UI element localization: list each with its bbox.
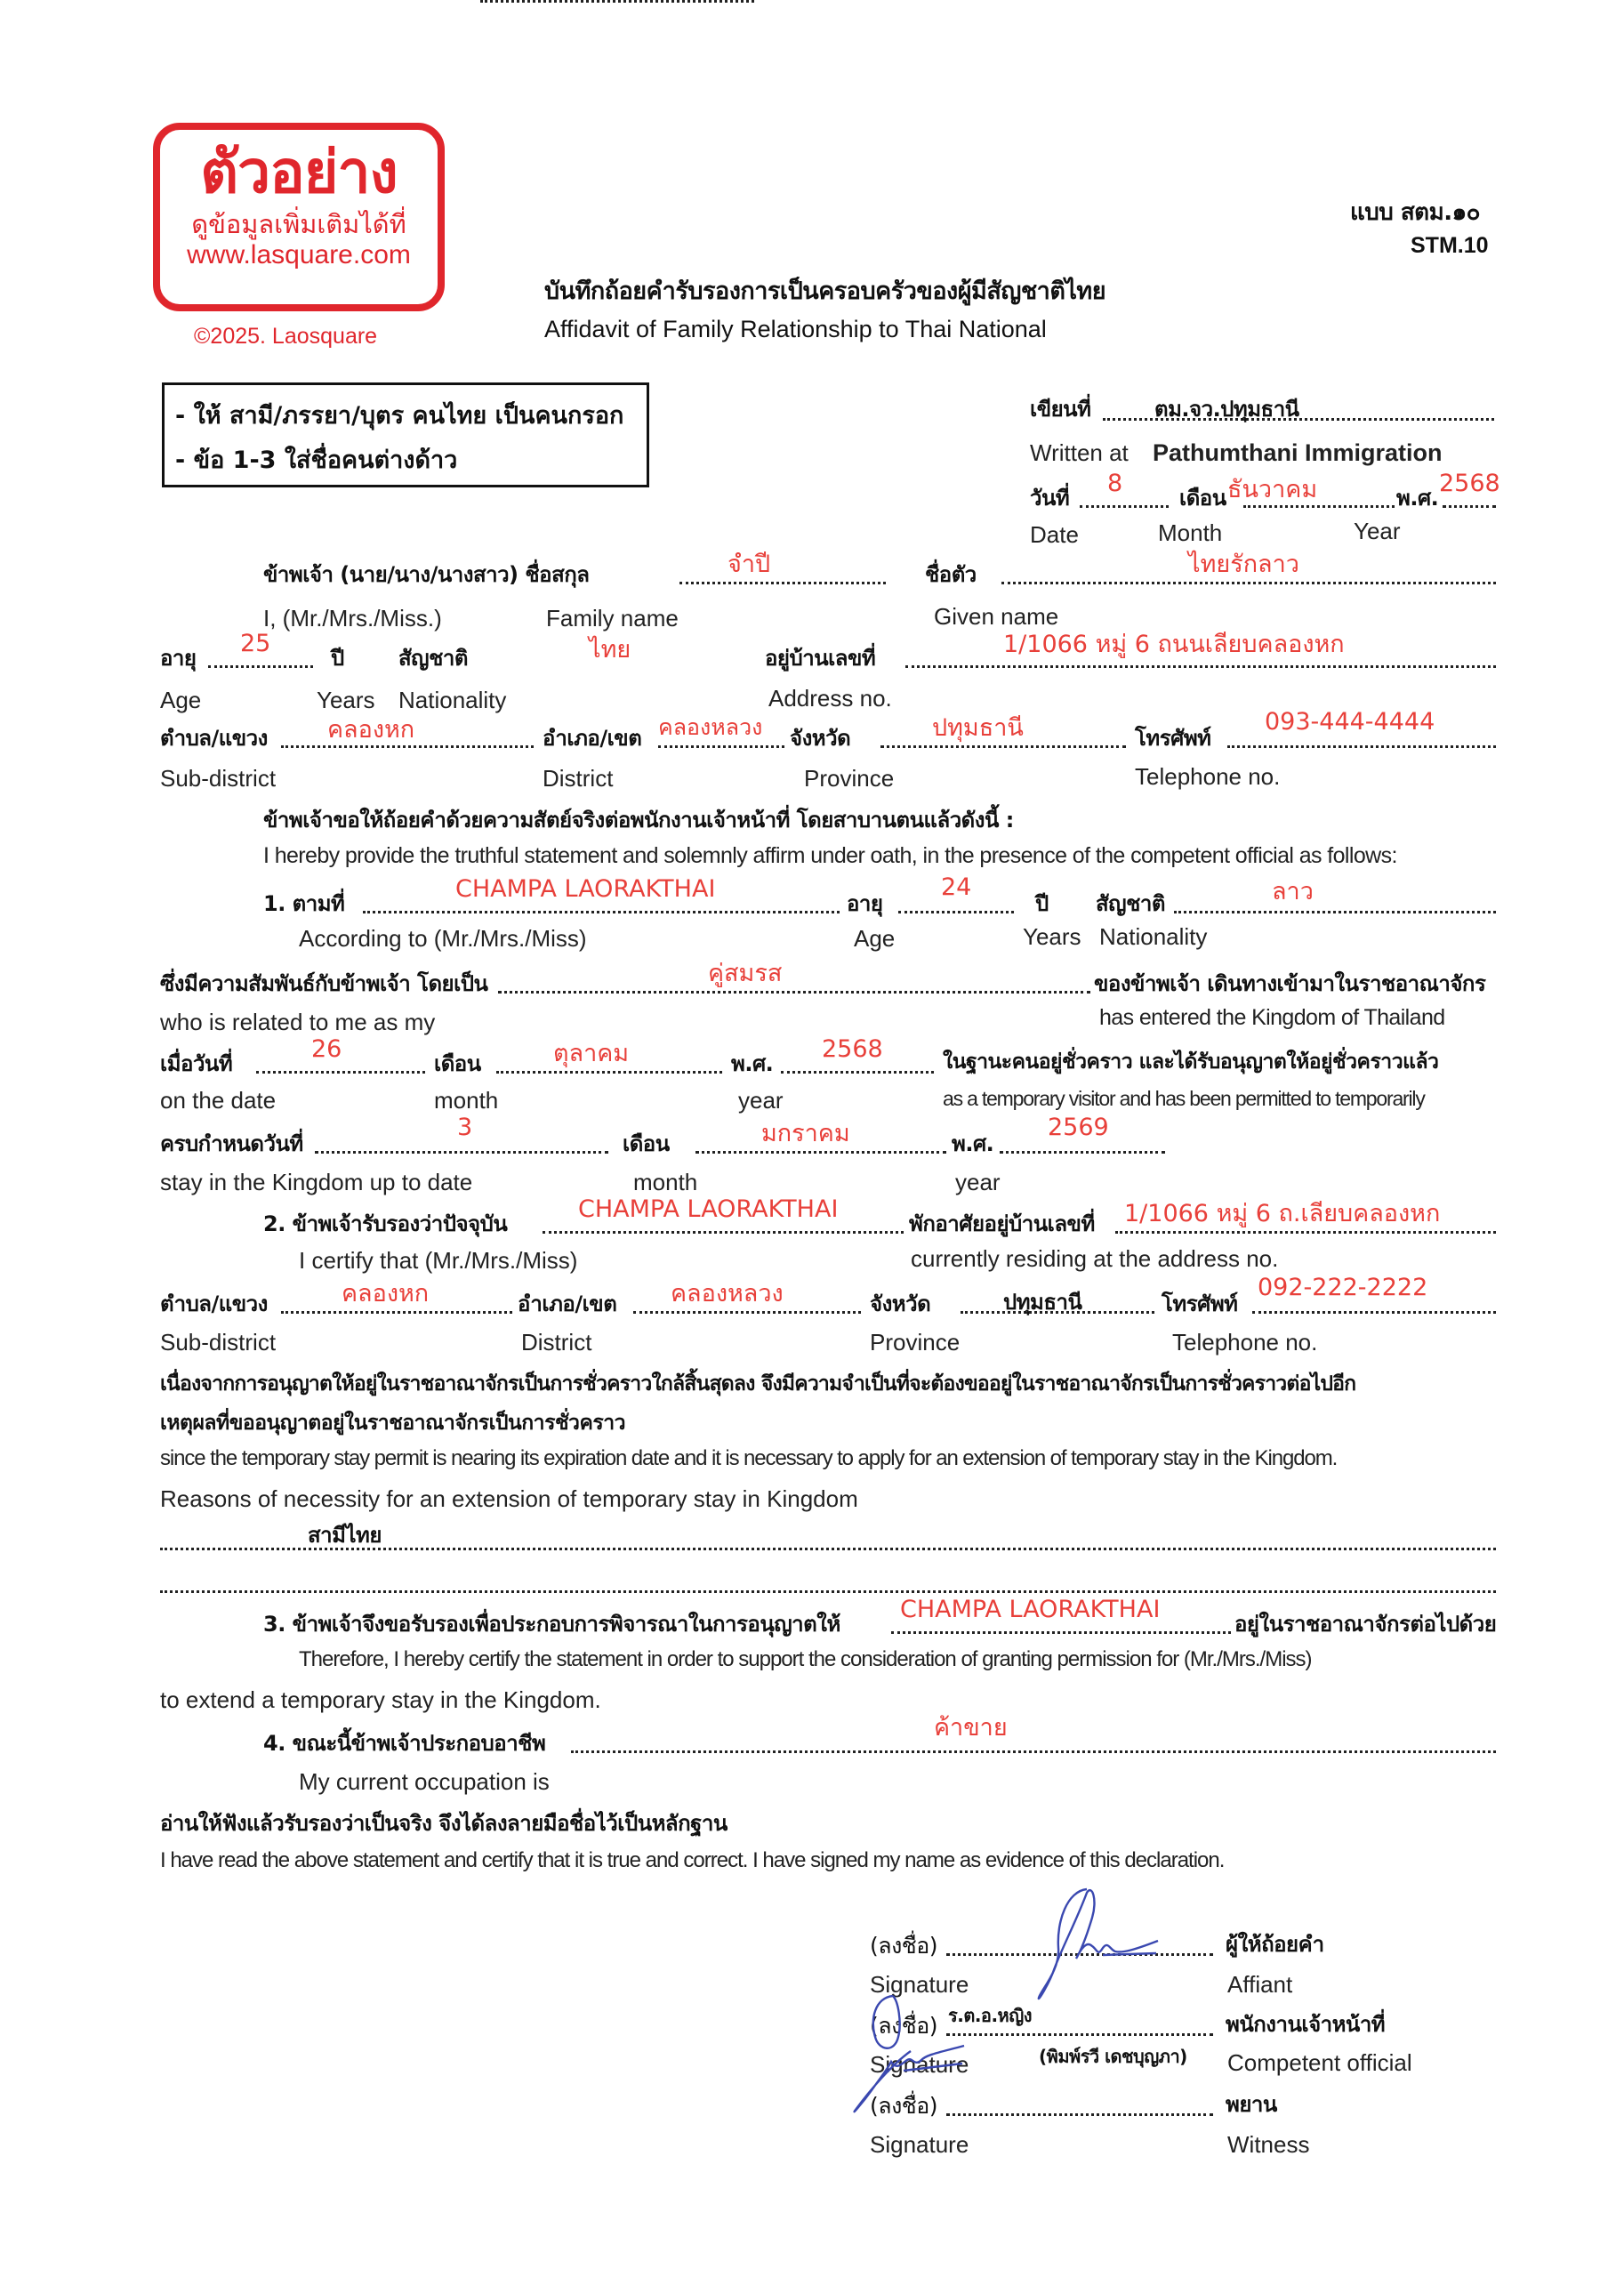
item1-label-en: According to (Mr./Mrs./Miss) bbox=[299, 925, 587, 953]
date-day-value[interactable]: 8 bbox=[1107, 470, 1122, 497]
entry-year-value[interactable]: 2568 bbox=[822, 1035, 883, 1063]
document-title-en: Affidavit of Family Relationship to Thai… bbox=[544, 316, 1047, 343]
age-value[interactable]: 25 bbox=[240, 630, 270, 657]
official-printed-name: (พิมพ์รวี เดชบุญภา) bbox=[1039, 2042, 1187, 2071]
item4-label-en: My current occupation is bbox=[299, 1768, 550, 1796]
province-value[interactable]: ปทุมธานี bbox=[932, 708, 1024, 746]
instruction-box: - ให้ สามี/ภรรยา/บุตร คนไทย เป็นคนกรอก -… bbox=[162, 382, 649, 487]
item4-label-th: 4. ขณะนี้ข้าพเจ้าประกอบอาชีพ bbox=[263, 1726, 545, 1760]
witness-role-th: พยาน bbox=[1226, 2087, 1277, 2121]
province-label-th: จังหวัด bbox=[790, 720, 850, 755]
item1-name-value[interactable]: CHAMPA LAORAKTHAI bbox=[455, 875, 715, 903]
item1-years-label-en: Years bbox=[1023, 923, 1081, 951]
until-month-value[interactable]: มกราคม bbox=[761, 1114, 850, 1152]
nationality-label-en: Nationality bbox=[398, 687, 506, 714]
until-month-label-th: เดือน bbox=[623, 1126, 670, 1161]
date-year-label: พ.ศ. bbox=[1396, 480, 1438, 515]
occupation-value[interactable]: ค้าขาย bbox=[934, 1708, 1008, 1746]
relation-label-en: who is related to me as my bbox=[160, 1009, 435, 1036]
item2-subdistrict-label-en: Sub-district bbox=[160, 1329, 276, 1356]
visitor-status-th: ในฐานะคนอยู่ชั่วคราว และได้รับอนุญาตให้อ… bbox=[943, 1046, 1438, 1078]
affiant-intro-en: I, (Mr./Mrs./Miss.) bbox=[263, 605, 442, 632]
subdistrict-value[interactable]: คลองหก bbox=[327, 710, 414, 748]
item2-province-label-en: Province bbox=[870, 1329, 960, 1356]
item2-subdistrict-label-th: ตำบล/แขวง bbox=[160, 1286, 268, 1321]
affiant-role-th: ผู้ให้ถ้อยคำ bbox=[1226, 1927, 1324, 1961]
affiant-intro-th: ข้าพเจ้า (นาย/นาง/นางสาว) ชื่อสกุล bbox=[263, 557, 589, 591]
date-year-value[interactable]: 2568 bbox=[1439, 470, 1500, 497]
item3-line1-en: Therefore, I hereby certify the statemen… bbox=[299, 1647, 1312, 1672]
entry-day-value[interactable]: 26 bbox=[311, 1035, 342, 1063]
form-code-th: แบบ สตม.๑๐ bbox=[1350, 194, 1480, 230]
watermark-subtitle: ดูข้อมูลเพิ่มเติมได้ที่ bbox=[160, 208, 438, 240]
entry-day-label-th: เมื่อวันที่ bbox=[160, 1046, 232, 1081]
phone-label-th: โทรศัพท์ bbox=[1135, 720, 1210, 755]
entered-kingdom-en: has entered the Kingdom of Thailand bbox=[1099, 1005, 1445, 1031]
date-label-en: Date bbox=[1030, 521, 1079, 549]
entry-month-label-th: เดือน bbox=[434, 1046, 481, 1081]
closing-th: อ่านให้ฟังแล้วรับรองว่าเป็นจริง จึงได้ลง… bbox=[160, 1806, 728, 1840]
years-label-th: ปี bbox=[331, 640, 344, 675]
witness-role-en: Witness bbox=[1227, 2131, 1309, 2159]
form-code-en: STM.10 bbox=[1411, 233, 1489, 259]
written-at-value-th: ตม.จว.ปทุมธานี bbox=[1154, 391, 1299, 426]
reason-line1-en: since the temporary stay permit is neari… bbox=[160, 1446, 1337, 1471]
witness-signature-line[interactable] bbox=[946, 2113, 1213, 2116]
reason-line1-th: เนื่องจากการอนุญาตให้อยู่ในราชอาณาจักรเป… bbox=[160, 1368, 1355, 1400]
affiant-signature-scribble bbox=[1005, 1886, 1165, 2001]
item1-age-value[interactable]: 24 bbox=[941, 873, 971, 901]
item1-nationality-label-th: สัญชาติ bbox=[1096, 886, 1165, 921]
item3-line2-en: to extend a temporary stay in the Kingdo… bbox=[160, 1686, 601, 1714]
item1-years-label-th: ปี bbox=[1035, 886, 1049, 921]
date-day-label: วันที่ bbox=[1030, 480, 1069, 515]
item1-age-label-en: Age bbox=[854, 925, 895, 953]
nationality-value[interactable]: ไทย bbox=[589, 630, 631, 668]
until-month-label-en: month bbox=[633, 1169, 697, 1196]
district-label-th: อำเภอ/เขต bbox=[543, 720, 641, 755]
item2-name-value[interactable]: CHAMPA LAORAKTHAI bbox=[578, 1195, 838, 1223]
item2-phone-label-en: Telephone no. bbox=[1172, 1329, 1317, 1356]
item2-district-label-en: District bbox=[521, 1329, 591, 1356]
province-label-en: Province bbox=[804, 765, 894, 793]
item3-name-value[interactable]: CHAMPA LAORAKTHAI bbox=[900, 1596, 1160, 1623]
age-label-th: อายุ bbox=[160, 640, 196, 675]
sample-watermark-stamp: ตัวอย่าง ดูข้อมูลเพิ่มเติมได้ที่ www.las… bbox=[153, 123, 445, 311]
item1-age-label-th: อายุ bbox=[847, 886, 882, 921]
item2-phone-value[interactable]: 092-222-2222 bbox=[1258, 1274, 1427, 1301]
phone-label-en: Telephone no. bbox=[1135, 763, 1280, 791]
signature-label-th: (ลงชื่อ) bbox=[870, 1928, 937, 1964]
official-signature-line[interactable] bbox=[946, 2033, 1213, 2036]
address-label-en: Address no. bbox=[768, 685, 892, 712]
oath-text-th: ข้าพเจ้าขอให้ถ้อยคำด้วยความสัตย์จริงต่อพ… bbox=[263, 802, 1014, 837]
entry-year-label-en: year bbox=[738, 1087, 784, 1114]
item2-label-th: 2. ข้าพเจ้ารับรองว่าปัจจุบัน bbox=[263, 1206, 507, 1241]
official-role-th: พนักงานเจ้าหน้าที่ bbox=[1226, 2007, 1385, 2041]
until-day-label-th: ครบกำหนดวันที่ bbox=[160, 1126, 303, 1161]
entered-kingdom-th: ของข้าพเจ้า เดินทางเข้ามาในราชอาณาจักร bbox=[1094, 966, 1485, 1001]
affiant-role-en: Affiant bbox=[1227, 1971, 1292, 1999]
item2-district-value[interactable]: คลองหลวง bbox=[671, 1274, 784, 1312]
reason-line2-th: เหตุผลที่ขออนุญาตอยู่ในราชอาณาจักรเป็นกา… bbox=[160, 1407, 625, 1439]
written-at-label-en: Written at bbox=[1030, 439, 1129, 467]
year-label-en: Year bbox=[1354, 518, 1401, 545]
district-value[interactable]: คลองหลวง bbox=[658, 710, 762, 745]
instruction-line: - ให้ สามี/ภรรยา/บุตร คนไทย เป็นคนกรอก bbox=[175, 394, 636, 439]
official-signature-scribble bbox=[840, 1992, 973, 2117]
family-name-label-en: Family name bbox=[546, 605, 679, 632]
until-day-value[interactable]: 3 bbox=[457, 1114, 472, 1141]
item2-address-label-th: พักอาศัยอยู่บ้านเลขที่ bbox=[909, 1206, 1095, 1241]
district-label-en: District bbox=[543, 765, 613, 793]
until-year-value[interactable]: 2569 bbox=[1048, 1114, 1109, 1141]
item2-province-label-th: จังหวัด bbox=[870, 1286, 930, 1321]
nationality-label-th: สัญชาติ bbox=[398, 640, 468, 675]
month-label-en: Month bbox=[1158, 519, 1222, 547]
phone-value[interactable]: 093-444-4444 bbox=[1265, 708, 1435, 736]
entry-month-label-en: month bbox=[434, 1087, 498, 1114]
item3-suffix-th: อยู่ในราชอาณาจักรต่อไปด้วย bbox=[1234, 1606, 1496, 1641]
address-value[interactable]: 1/1066 หมู่ 6 ถนนเลียบคลองหก bbox=[1003, 624, 1345, 663]
instruction-line: - ข้อ 1-3 ใส่ชื่อคนต่างด้าว bbox=[175, 439, 636, 483]
official-role-en: Competent official bbox=[1227, 2049, 1412, 2077]
item2-district-label-th: อำเภอ/เขต bbox=[518, 1286, 616, 1321]
item2-subdistrict-value[interactable]: คลองหก bbox=[342, 1274, 429, 1312]
entry-day-label-en: on the date bbox=[160, 1087, 276, 1114]
item2-province-value[interactable]: ปทุมธานี bbox=[1003, 1284, 1081, 1319]
given-name-label-th: ชื่อตัว bbox=[925, 557, 977, 591]
item2-address-value[interactable]: 1/1066 หมู่ 6 ถ.เลียบคลองหก bbox=[1124, 1194, 1440, 1232]
address-label-th: อยู่บ้านเลขที่ bbox=[765, 640, 875, 675]
entry-month-value[interactable]: ตุลาคม bbox=[553, 1034, 629, 1072]
oath-text-en: I hereby provide the truthful statement … bbox=[263, 843, 1397, 869]
age-label-en: Age bbox=[160, 687, 201, 714]
item2-address-label-en: currently residing at the address no. bbox=[911, 1245, 1278, 1273]
until-year-label-en: year bbox=[955, 1169, 1001, 1196]
subdistrict-label-th: ตำบล/แขวง bbox=[160, 720, 268, 755]
relation-value[interactable]: คู่สมรส bbox=[708, 953, 782, 992]
item1-nationality-value[interactable]: ลาว bbox=[1272, 872, 1314, 910]
watermark-title: ตัวอย่าง bbox=[160, 137, 438, 208]
watermark-website: www.lasquare.com bbox=[160, 240, 438, 270]
written-at-value-en: Pathumthani Immigration bbox=[1153, 439, 1443, 467]
until-day-label-en: stay in the Kingdom up to date bbox=[160, 1169, 472, 1196]
item2-phone-label-th: โทรศัพท์ bbox=[1162, 1286, 1237, 1321]
visitor-status-en: as a temporary visitor and has been perm… bbox=[943, 1087, 1425, 1111]
date-month-value[interactable]: ธันวาคม bbox=[1227, 470, 1317, 508]
given-name-value[interactable]: ไทยรักลาว bbox=[1188, 544, 1299, 583]
family-name-value[interactable]: จำปี bbox=[728, 544, 770, 583]
item1-label-th: 1. ตามที่ bbox=[263, 886, 344, 921]
watermark-copyright: ©2025. Laosquare bbox=[194, 324, 377, 350]
reason-line2-en: Reasons of necessity for an extension of… bbox=[160, 1485, 858, 1513]
until-year-label-th: พ.ศ. bbox=[952, 1126, 993, 1161]
closing-en: I have read the above statement and cert… bbox=[160, 1848, 1224, 1873]
written-at-label-th: เขียนที่ bbox=[1030, 391, 1090, 426]
item3-label-th: 3. ข้าพเจ้าจึงขอรับรองเพื่อประกอบการพิจา… bbox=[263, 1606, 840, 1641]
subdistrict-label-en: Sub-district bbox=[160, 765, 276, 793]
date-month-label: เดือน bbox=[1179, 480, 1226, 515]
document-title-th: บันทึกถ้อยคำรับรองการเป็นครอบครัวของผู้ม… bbox=[544, 271, 1105, 310]
item2-label-en: I certify that (Mr./Mrs./Miss) bbox=[299, 1247, 577, 1275]
item1-nationality-label-en: Nationality bbox=[1099, 923, 1207, 951]
relation-label-th: ซึ่งมีความสัมพันธ์กับข้าพเจ้า โดยเป็น bbox=[160, 966, 487, 1001]
signature-label-en: Signature bbox=[870, 2131, 969, 2159]
entry-year-label-th: พ.ศ. bbox=[731, 1046, 773, 1081]
